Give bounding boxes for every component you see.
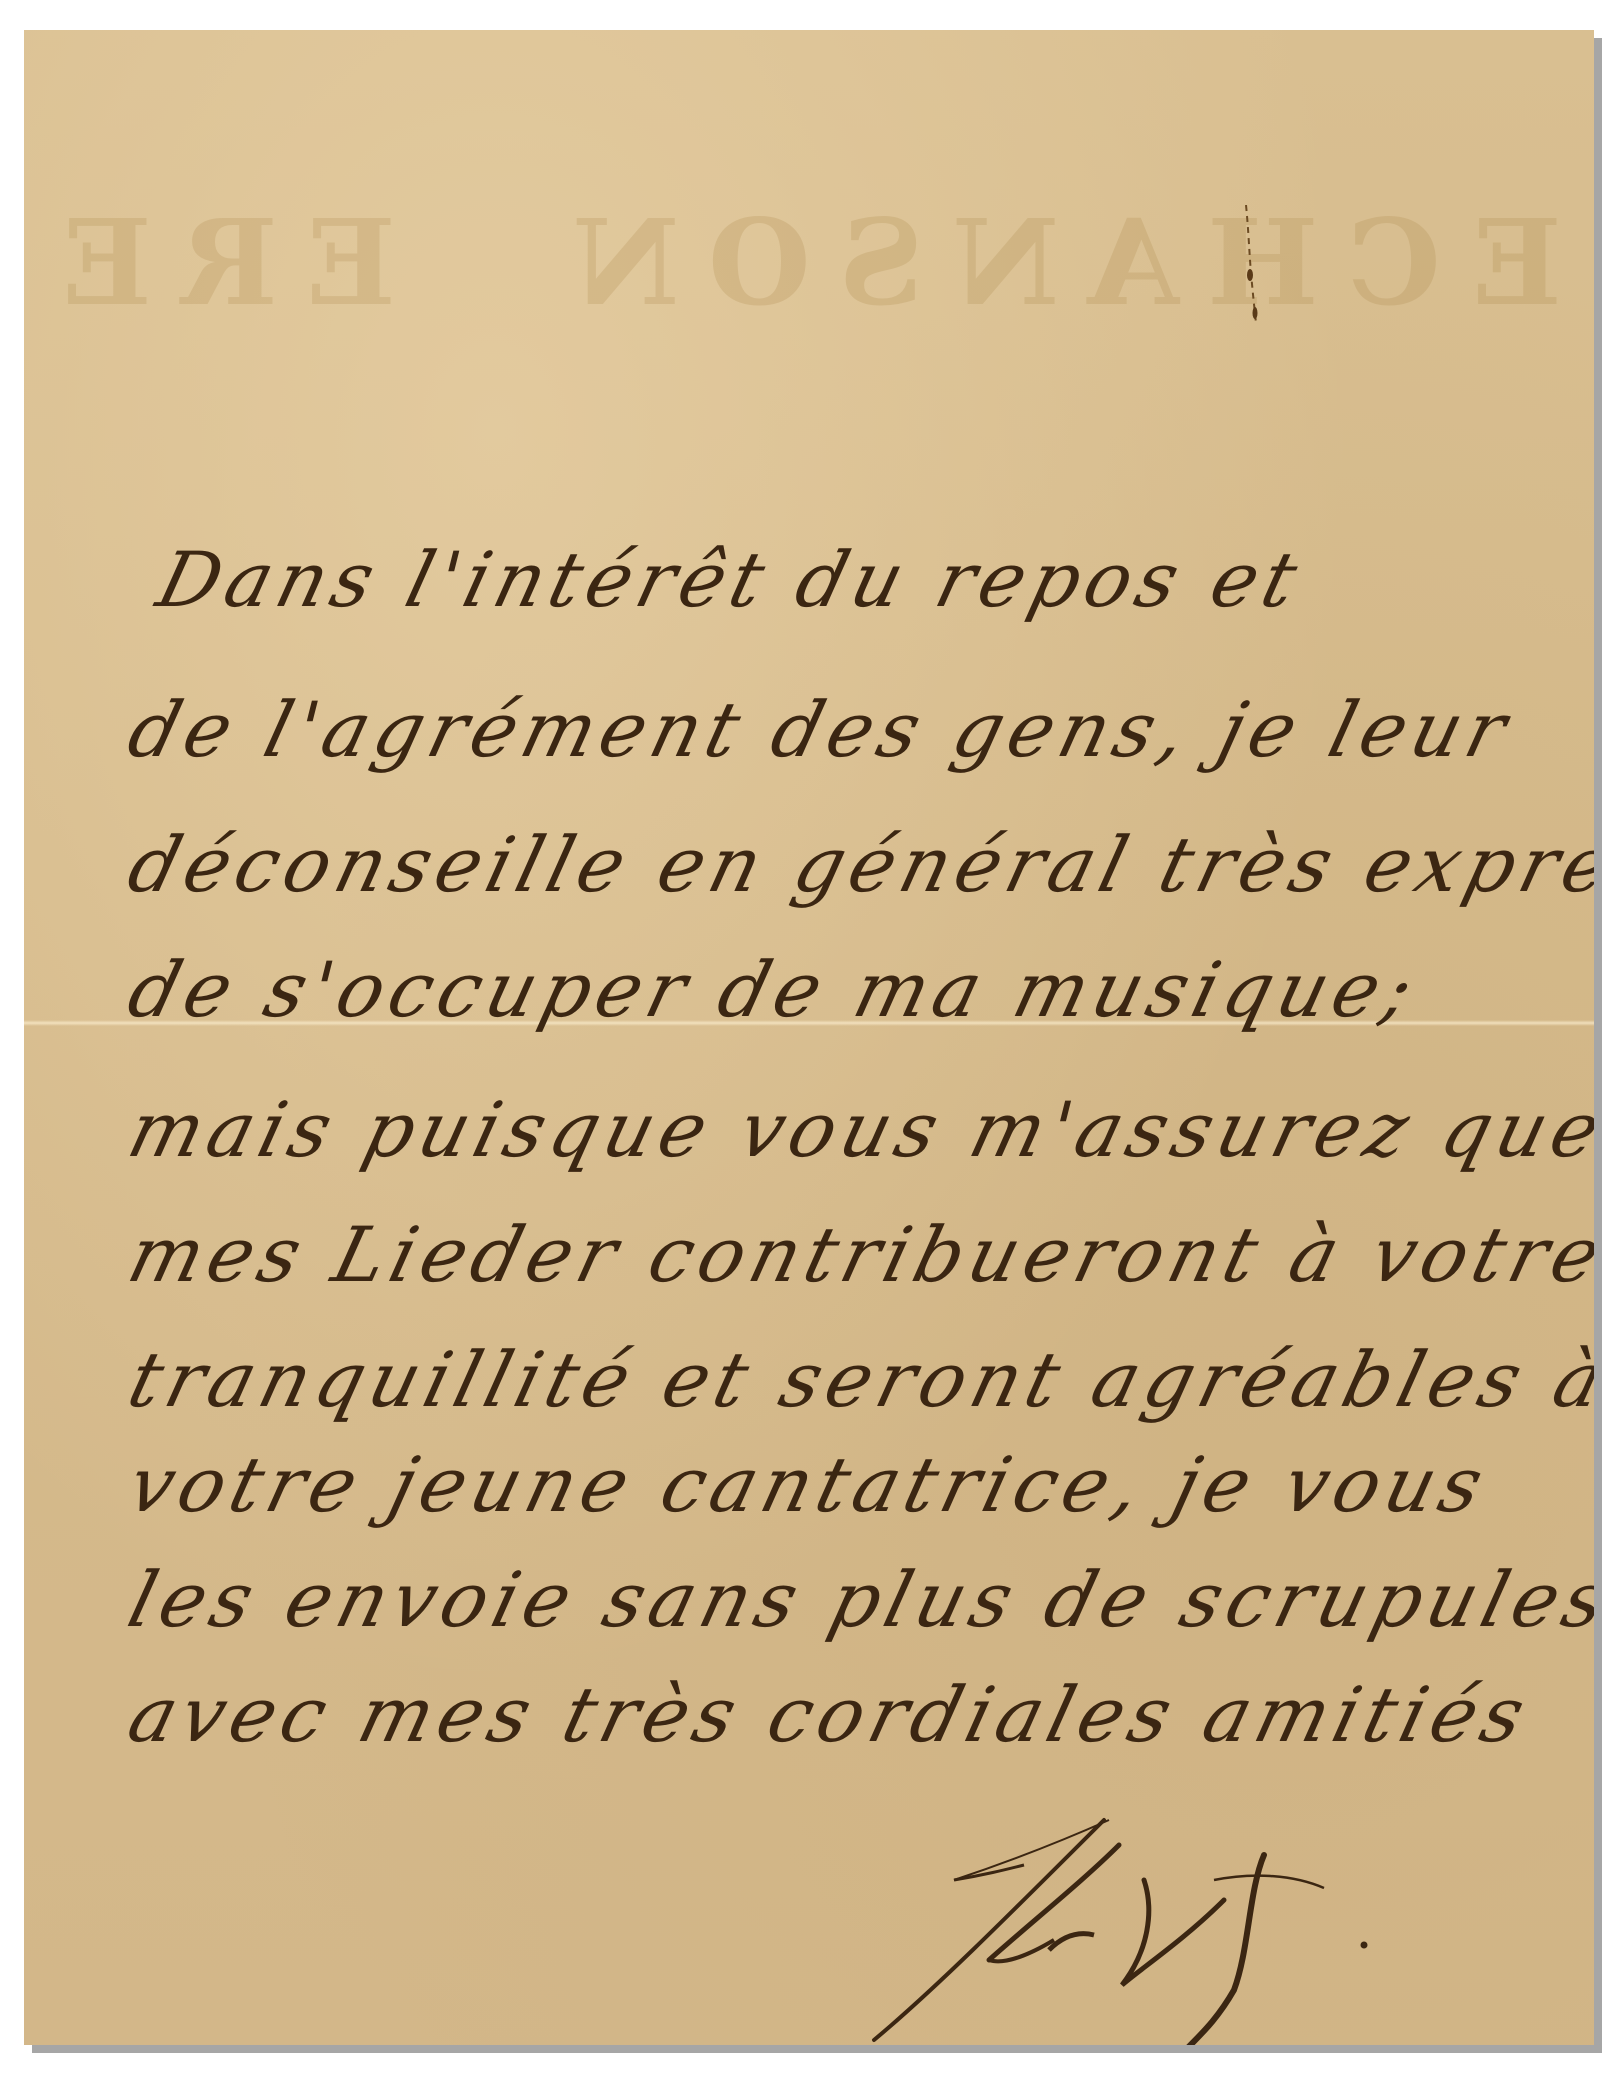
bleed-through-text-middle: CHANSON — [544, 208, 1441, 318]
signature — [854, 1790, 1374, 2045]
letter-line-9: les envoie sans plus de scrupules, — [120, 1555, 1594, 1644]
ink-stain-mark — [1244, 205, 1258, 325]
bleed-through-text-right: DE — [1444, 208, 1594, 318]
bleed-through-text-left: ERE — [34, 208, 396, 318]
letter-line-4: de s'occuper de ma musique; — [120, 945, 1428, 1034]
letter-line-5: mais puisque vous m'assurez que — [120, 1085, 1594, 1174]
letter-line-10: avec mes très cordiales amitiés — [120, 1670, 1539, 1759]
letter-line-7: tranquillité et seront agréables à — [120, 1335, 1594, 1424]
letter-line-8: votre jeune cantatrice, je vous — [120, 1440, 1498, 1529]
letter-page: ERE CHANSON DE Dans l'intérêt du repos e… — [24, 30, 1594, 2045]
letter-line-6: mes Lieder contribueront à votre — [120, 1210, 1594, 1299]
letter-line-3: déconseille en général très expressémᵗ — [120, 820, 1594, 909]
letter-line-2: de l'agrément des gens, je leur — [120, 685, 1521, 774]
letter-line-1: Dans l'intérêt du repos et — [149, 535, 1312, 624]
